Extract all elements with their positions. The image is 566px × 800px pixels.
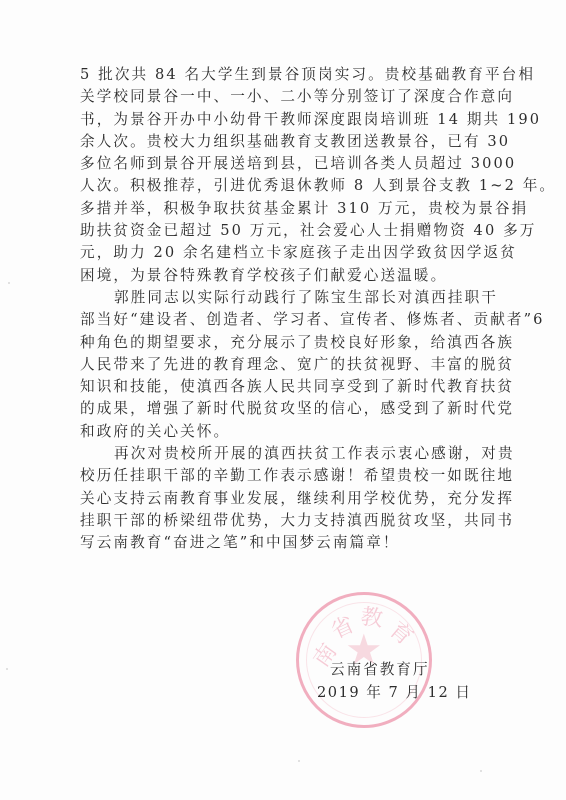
document-page: 5 批次共 84 名大学生到景谷顶岗实习。贵校基础教育平台相 关学校同景谷一中、… [0, 0, 566, 800]
text-line: 多措并举，积极争取扶贫基金累计 310 万元，贵校为景谷捐 [80, 198, 482, 220]
seal-char: 教 [359, 600, 385, 634]
signature-date: 2019 年 7 月 12 日 [317, 681, 566, 702]
scan-speck [6, 668, 8, 670]
text-line: 的成果，增强了新时代脱贫攻坚的信心，感受到了新时代党 [80, 398, 482, 420]
text-line: 写云南教育“奋进之笔”和中国梦云南篇章！ [80, 532, 482, 554]
text-line: 人次。积极推荐，引进优秀退休教师 8 人到景谷支教 1~2 年。 [80, 175, 482, 197]
scan-speck [480, 770, 482, 772]
paragraph-start: 郭胜同志以实际行动践行了陈宝生部长对滇西挂职干 [80, 287, 482, 309]
text-line: 校历任挂职干部的辛勤工作表示感谢！希望贵校一如既往地 [80, 465, 482, 487]
text-line: 元，助力 20 余名建档立卡家庭孩子走出因学致贫因学返贫 [80, 242, 482, 264]
text-line: 挂职干部的桥梁纽带优势，大力支持滇西脱贫攻坚，共同书 [80, 510, 482, 532]
paragraph-start: 再次对贵校所开展的滇西扶贫工作表示衷心感谢，对贵 [80, 443, 482, 465]
text-line: 关心支持云南教育事业发展，继续利用学校优势，充分发挥 [80, 488, 482, 510]
text-line: 知识和技能，使滇西各族人民共同享受到了新时代教育扶贫 [80, 376, 482, 398]
text-line: 和政府的关心关怀。 [80, 421, 482, 443]
text-line: 种角色的期望要求，充分展示了贵校良好形象，给滇西各族 [80, 332, 482, 354]
text-line: 人民带来了先进的教育理念、宽广的扶贫视野、丰富的脱贫 [80, 354, 482, 376]
text-line: 5 批次共 84 名大学生到景谷顶岗实习。贵校基础教育平台相 [80, 64, 482, 86]
text-line: 书，为景谷开办中小幼骨干教师深度跟岗培训班 14 期共 190 [80, 109, 482, 131]
seal-char: 育 [384, 614, 421, 652]
signature-organization: 云南省教育厅 [330, 658, 566, 679]
scan-speck [8, 282, 10, 284]
letter-body: 5 批次共 84 名大学生到景谷顶岗实习。贵校基础教育平台相 关学校同景谷一中、… [80, 64, 482, 555]
text-line: 助扶贫资金已超过 50 万元，社会爱心人士捐赠物资 40 多万 [80, 220, 482, 242]
text-line: 部当好“建设者、创造者、学习者、宣传者、修炼者、贡献者”6 [80, 309, 482, 331]
text-line: 关学校同景谷一中、一小、二小等分别签订了深度合作意向 [80, 86, 482, 108]
scan-speck [298, 760, 300, 762]
text-line: 余人次。贵校大力组织基础教育支教团送教景谷，已有 30 [80, 131, 482, 153]
text-line: 困境，为景谷特殊教育学校孩子们献爱心送温暖。 [80, 265, 482, 287]
seal-char: 省 [325, 608, 358, 645]
text-line: 多位名师到景谷开展送培到县，已培训各类人员超过 3000 [80, 153, 482, 175]
